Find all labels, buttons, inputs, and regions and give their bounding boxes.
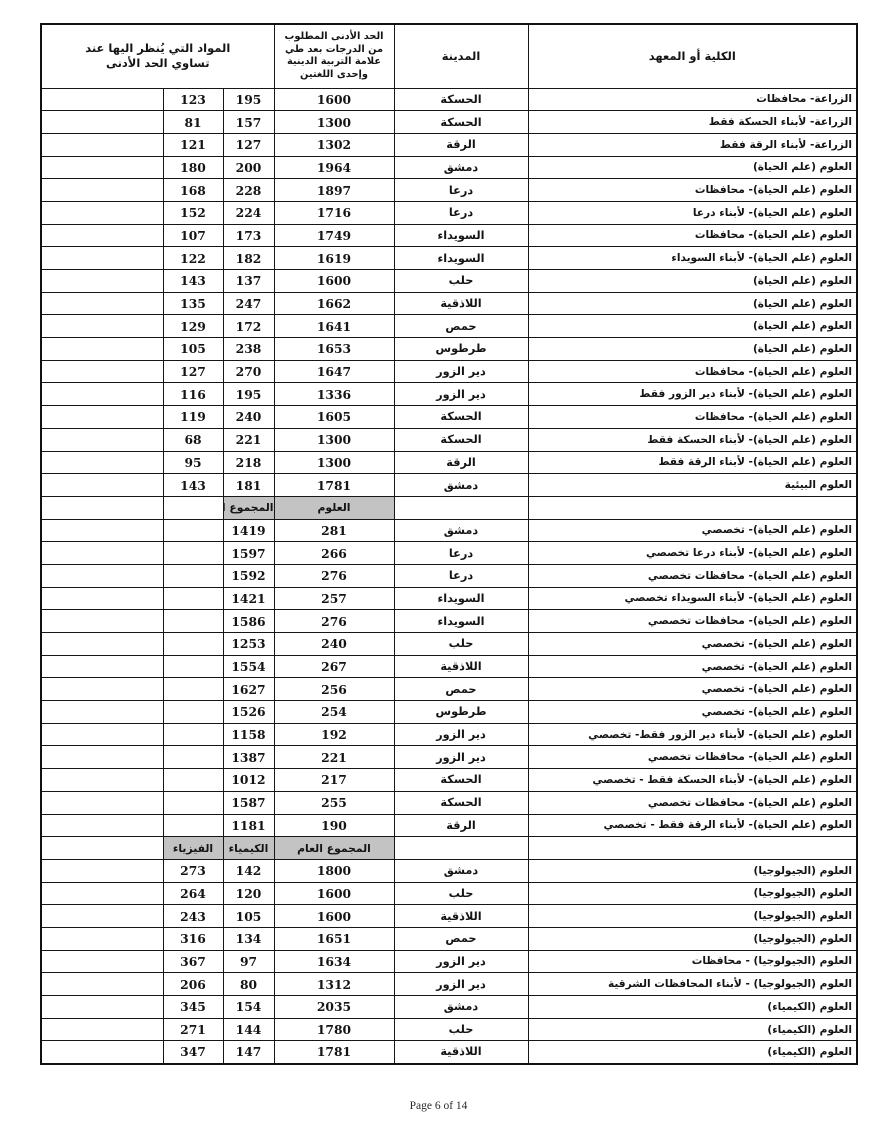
table-row: العلوم (علم الحياة)- محافظاتدير الزور164… (41, 360, 857, 383)
cell-empty (41, 678, 163, 701)
cell-score-mid: 1597 (223, 542, 274, 565)
cell-empty (41, 655, 163, 678)
cell-city: دير الزور (394, 723, 528, 746)
table-row: العلوم (علم الحياة)- تخصصياللاذقية267155… (41, 655, 857, 678)
cell-city: السويداء (394, 247, 528, 270)
cell-score-main: 1651 (274, 927, 394, 950)
cell-empty (41, 542, 163, 565)
cell-score-small (163, 791, 223, 814)
cell-empty (41, 224, 163, 247)
cell-score-main: 1619 (274, 247, 394, 270)
cell-score-main: 1781 (274, 1041, 394, 1064)
header-tie-subjects: المواد التي يُنظر اليها عند تساوي الحد ا… (41, 24, 274, 88)
cell-score-main: 254 (274, 701, 394, 724)
cell-empty (41, 451, 163, 474)
cell-city: طرطوس (394, 338, 528, 361)
cell-score-small: 95 (163, 451, 223, 474)
cell-score-small: 135 (163, 292, 223, 315)
cell-score-mid: 181 (223, 474, 274, 497)
document-page: الكلية أو المعهد المدينة الحد الأدنى الم… (0, 0, 877, 1134)
cell-empty (41, 837, 163, 860)
cell-city: درعا (394, 201, 528, 224)
cell-college: العلوم (علم الحياة)- لأبناء الحسكة فقط -… (528, 769, 857, 792)
cell-score-mid: 144 (223, 1018, 274, 1041)
cell-score-main: 1300 (274, 111, 394, 134)
cell-city: دمشق (394, 859, 528, 882)
cell-score-main: 1600 (274, 88, 394, 111)
cell-score-small: 180 (163, 156, 223, 179)
cell-city: الحسكة (394, 111, 528, 134)
cell-city: الحسكة (394, 769, 528, 792)
cell-score-main: 2035 (274, 996, 394, 1019)
cell-college: العلوم (علم الحياة)- تخصصي (528, 678, 857, 701)
cell-score-main: 266 (274, 542, 394, 565)
cell-city: الحسكة (394, 791, 528, 814)
cell-empty (41, 179, 163, 202)
cell-score-main: 190 (274, 814, 394, 837)
cell-empty (41, 564, 163, 587)
cell-score-mid: 1012 (223, 769, 274, 792)
cell-score-mid: 172 (223, 315, 274, 338)
page-number: Page 6 of 14 (0, 1100, 877, 1112)
table-row: العلوم (علم الحياة)- لأبناء درعادرعا1716… (41, 201, 857, 224)
table-row: العلوم (علم الحياة)- تخصصيطرطوس2541526 (41, 701, 857, 724)
cell-city: درعا (394, 564, 528, 587)
cell-score-mid: 238 (223, 338, 274, 361)
cell-empty (41, 859, 163, 882)
cell-college: العلوم (علم الحياة)- محافظات تخصصي (528, 791, 857, 814)
table-row: العلوم (علم الحياة)- لأبناء السويداءالسو… (41, 247, 857, 270)
cell-city: دير الزور (394, 746, 528, 769)
cell-score-small (163, 496, 223, 519)
cell-score-mid: 142 (223, 859, 274, 882)
cell-score-mid: 228 (223, 179, 274, 202)
cell-college: العلوم (علم الحياة)- محافظات تخصصي (528, 610, 857, 633)
cell-score-mid: 1158 (223, 723, 274, 746)
cell-college: العلوم (علم الحياة)- محافظات تخصصي (528, 564, 857, 587)
cell-score-mid: 270 (223, 360, 274, 383)
cell-college: الزراعة- لأبناء الرقة فقط (528, 133, 857, 156)
section-subheader-row: المجموع العامالكيمياءالفيزياء (41, 837, 857, 860)
cell-empty (41, 996, 163, 1019)
cell-college: العلوم (الكيمياء) (528, 1018, 857, 1041)
table-row: العلوم (علم الحياة)- تخصصيحمص2561627 (41, 678, 857, 701)
admission-scores-table: الكلية أو المعهد المدينة الحد الأدنى الم… (40, 23, 858, 1065)
table-row: العلوم (علم الحياة)- لأبناء الحسكة فقطال… (41, 428, 857, 451)
cell-score-main: 276 (274, 610, 394, 633)
cell-score-small: 273 (163, 859, 223, 882)
cell-empty (41, 315, 163, 338)
cell-college: العلوم (الجيولوجيا) - لأبناء المحافظات ا… (528, 973, 857, 996)
table-row: العلوم (علم الحياة)- تخصصيدمشق2811419 (41, 519, 857, 542)
cell-score-small: 271 (163, 1018, 223, 1041)
cell-score-mid: 1419 (223, 519, 274, 542)
table-row: الزراعة- لأبناء الرقة فقطالرقة1302127121 (41, 133, 857, 156)
cell-college: العلوم (علم الحياة)- محافظات (528, 360, 857, 383)
cell-score-main: 1800 (274, 859, 394, 882)
cell-city: اللاذقية (394, 655, 528, 678)
table-row: العلوم (علم الحياة)دمشق1964200180 (41, 156, 857, 179)
cell-score-small (163, 610, 223, 633)
cell-city: حلب (394, 882, 528, 905)
header-min-score: الحد الأدنى المطلوب من الدرجات بعد طي عل… (274, 24, 394, 88)
cell-score-mid: 105 (223, 905, 274, 928)
cell-city: طرطوس (394, 701, 528, 724)
cell-score-main: 1600 (274, 270, 394, 293)
cell-college: العلوم (علم الحياة)- لأبناء الرقة فقط - … (528, 814, 857, 837)
cell-city: دير الزور (394, 950, 528, 973)
cell-score-small (163, 655, 223, 678)
cell-empty (41, 496, 163, 519)
cell-score-mid: الكيمياء (223, 837, 274, 860)
cell-city (394, 837, 528, 860)
cell-empty (41, 338, 163, 361)
cell-empty (41, 383, 163, 406)
cell-score-small (163, 678, 223, 701)
cell-score-main: 267 (274, 655, 394, 678)
cell-score-mid: 1421 (223, 587, 274, 610)
cell-empty (41, 1041, 163, 1064)
cell-college: العلوم (علم الحياة)- تخصصي (528, 701, 857, 724)
table-row: العلوم (الجيولوجيا)دمشق1800142273 (41, 859, 857, 882)
cell-score-main: 1300 (274, 451, 394, 474)
cell-empty (41, 406, 163, 429)
cell-college: العلوم (علم الحياة)- لأبناء الرقة فقط (528, 451, 857, 474)
cell-score-mid: 240 (223, 406, 274, 429)
cell-score-small (163, 542, 223, 565)
cell-score-mid: 127 (223, 133, 274, 156)
cell-empty (41, 882, 163, 905)
cell-city: دير الزور (394, 973, 528, 996)
cell-empty (41, 111, 163, 134)
cell-score-mid: 1181 (223, 814, 274, 837)
cell-score-small: 127 (163, 360, 223, 383)
section-subheader-row: العلومالمجموع العام (41, 496, 857, 519)
cell-city: اللاذقية (394, 905, 528, 928)
table-row: العلوم (علم الحياة)- محافظات تخصصيالسويد… (41, 610, 857, 633)
cell-empty (41, 247, 163, 270)
cell-college: العلوم (علم الحياة)- محافظات تخصصي (528, 746, 857, 769)
cell-score-main: 1605 (274, 406, 394, 429)
table-row: العلوم (علم الحياة)- لأبناء دير الزور فق… (41, 723, 857, 746)
cell-score-main: المجموع العام (274, 837, 394, 860)
cell-score-mid: 224 (223, 201, 274, 224)
cell-city: دمشق (394, 996, 528, 1019)
cell-score-small: 119 (163, 406, 223, 429)
cell-empty (41, 201, 163, 224)
cell-city: دمشق (394, 519, 528, 542)
table-row: العلوم (الكيمياء)اللاذقية1781147347 (41, 1041, 857, 1064)
cell-score-main: 1653 (274, 338, 394, 361)
cell-score-small: الفيزياء (163, 837, 223, 860)
table-row: العلوم (علم الحياة)- تخصصيحلب2401253 (41, 633, 857, 656)
cell-score-small (163, 723, 223, 746)
cell-score-main: 1336 (274, 383, 394, 406)
cell-score-mid: 134 (223, 927, 274, 950)
cell-city: اللاذقية (394, 292, 528, 315)
cell-college: العلوم (علم الحياة)- تخصصي (528, 519, 857, 542)
cell-score-small: 316 (163, 927, 223, 950)
table-row: العلوم (الجيولوجيا) - محافظاتدير الزور16… (41, 950, 857, 973)
cell-score-main: 1662 (274, 292, 394, 315)
cell-score-small: 123 (163, 88, 223, 111)
cell-city: حمص (394, 927, 528, 950)
cell-college: العلوم (علم الحياة)- لأبناء السويداء تخص… (528, 587, 857, 610)
cell-empty (41, 428, 163, 451)
cell-score-main: 1300 (274, 428, 394, 451)
cell-score-main: العلوم (274, 496, 394, 519)
cell-score-small: 143 (163, 270, 223, 293)
cell-score-small (163, 746, 223, 769)
cell-city: الرقة (394, 133, 528, 156)
table-row: العلوم (علم الحياة)طرطوس1653238105 (41, 338, 857, 361)
cell-empty (41, 814, 163, 837)
cell-college: العلوم (علم الحياة)- لأبناء دير الزور فق… (528, 723, 857, 746)
cell-city: دير الزور (394, 383, 528, 406)
cell-score-mid: 1586 (223, 610, 274, 633)
cell-score-mid: 1253 (223, 633, 274, 656)
cell-college: العلوم (علم الحياة) (528, 338, 857, 361)
cell-score-main: 255 (274, 791, 394, 814)
cell-score-mid: 1592 (223, 564, 274, 587)
cell-score-mid: 154 (223, 996, 274, 1019)
cell-score-small: 367 (163, 950, 223, 973)
cell-score-main: 1716 (274, 201, 394, 224)
cell-city: حمص (394, 678, 528, 701)
cell-score-main: 1312 (274, 973, 394, 996)
cell-score-main: 1964 (274, 156, 394, 179)
cell-empty (41, 156, 163, 179)
table-row: العلوم (الكيمياء)حلب1780144271 (41, 1018, 857, 1041)
cell-empty (41, 927, 163, 950)
cell-score-small: 152 (163, 201, 223, 224)
cell-city: اللاذقية (394, 1041, 528, 1064)
cell-college: العلوم (الجيولوجيا) (528, 927, 857, 950)
table-row: العلوم (علم الحياة)- لأبناء الرقة فقط - … (41, 814, 857, 837)
cell-empty (41, 360, 163, 383)
cell-empty (41, 746, 163, 769)
cell-college: العلوم (علم الحياة)- لأبناء درعا (528, 201, 857, 224)
table-row: العلوم (علم الحياة)- محافظات تخصصيدير ال… (41, 746, 857, 769)
cell-score-small: 206 (163, 973, 223, 996)
cell-college (528, 837, 857, 860)
cell-college: العلوم (علم الحياة) (528, 270, 857, 293)
table-row: العلوم (علم الحياة)اللاذقية1662247135 (41, 292, 857, 315)
cell-city: دمشق (394, 474, 528, 497)
cell-score-mid: 218 (223, 451, 274, 474)
table-row: العلوم (علم الحياة)حمص1641172129 (41, 315, 857, 338)
cell-city: حمص (394, 315, 528, 338)
cell-college: الزراعة- لأبناء الحسكة فقط (528, 111, 857, 134)
cell-college: العلوم (علم الحياة)- لأبناء الحسكة فقط (528, 428, 857, 451)
cell-score-small: 107 (163, 224, 223, 247)
cell-score-small: 68 (163, 428, 223, 451)
table-row: العلوم (الجيولوجيا)اللاذقية1600105243 (41, 905, 857, 928)
cell-empty (41, 791, 163, 814)
cell-empty (41, 701, 163, 724)
cell-empty (41, 769, 163, 792)
table-row: العلوم (الجيولوجيا) - لأبناء المحافظات ا… (41, 973, 857, 996)
cell-empty (41, 270, 163, 293)
cell-city: السويداء (394, 587, 528, 610)
cell-score-main: 1641 (274, 315, 394, 338)
cell-score-mid: 80 (223, 973, 274, 996)
cell-city: درعا (394, 542, 528, 565)
cell-score-mid: 182 (223, 247, 274, 270)
table-body: الزراعة- محافظاتالحسكة1600195123الزراعة-… (41, 88, 857, 1064)
cell-score-main: 256 (274, 678, 394, 701)
table-row: العلوم (علم الحياة)- لأبناء الرقة فقطالر… (41, 451, 857, 474)
table-row: الزراعة- لأبناء الحسكة فقطالحسكة13001578… (41, 111, 857, 134)
cell-college: العلوم (علم الحياة) (528, 315, 857, 338)
table-row: العلوم البيئيةدمشق1781181143 (41, 474, 857, 497)
cell-college: العلوم (علم الحياة)- لأبناء دير الزور فق… (528, 383, 857, 406)
cell-score-mid: 1627 (223, 678, 274, 701)
cell-score-main: 257 (274, 587, 394, 610)
cell-city: الحسكة (394, 406, 528, 429)
cell-score-small: 121 (163, 133, 223, 156)
cell-score-mid: 200 (223, 156, 274, 179)
cell-score-mid: 195 (223, 383, 274, 406)
cell-college: العلوم (علم الحياة)- محافظات (528, 179, 857, 202)
cell-score-mid: 1587 (223, 791, 274, 814)
cell-score-mid: 221 (223, 428, 274, 451)
header-college: الكلية أو المعهد (528, 24, 857, 88)
table-row: العلوم (علم الحياة)- لأبناء السويداء تخص… (41, 587, 857, 610)
cell-score-main: 240 (274, 633, 394, 656)
cell-score-main: 1781 (274, 474, 394, 497)
cell-score-small (163, 769, 223, 792)
table-row: العلوم (علم الحياة)- محافظاتالسويداء1749… (41, 224, 857, 247)
cell-college: العلوم (علم الحياة) (528, 156, 857, 179)
cell-score-small: 129 (163, 315, 223, 338)
cell-score-small (163, 519, 223, 542)
cell-college: العلوم (الجيولوجيا) (528, 859, 857, 882)
cell-college: العلوم (الجيولوجيا) (528, 882, 857, 905)
cell-city: دمشق (394, 156, 528, 179)
cell-city: الرقة (394, 451, 528, 474)
cell-score-small: 345 (163, 996, 223, 1019)
cell-score-main: 1749 (274, 224, 394, 247)
cell-score-mid: 173 (223, 224, 274, 247)
table-row: العلوم (علم الحياة)- محافظات تخصصيدرعا27… (41, 564, 857, 587)
cell-college: العلوم (علم الحياة)- محافظات (528, 406, 857, 429)
cell-college: العلوم (علم الحياة)- تخصصي (528, 633, 857, 656)
cell-city: الحسكة (394, 428, 528, 451)
cell-score-small (163, 814, 223, 837)
cell-empty (41, 723, 163, 746)
cell-score-mid: 1526 (223, 701, 274, 724)
cell-college: العلوم (علم الحياة)- محافظات (528, 224, 857, 247)
cell-empty (41, 610, 163, 633)
cell-score-main: 217 (274, 769, 394, 792)
cell-city: السويداء (394, 610, 528, 633)
cell-score-mid: 1387 (223, 746, 274, 769)
cell-empty (41, 905, 163, 928)
cell-empty (41, 292, 163, 315)
cell-city: حلب (394, 1018, 528, 1041)
cell-empty (41, 474, 163, 497)
header-row: الكلية أو المعهد المدينة الحد الأدنى الم… (41, 24, 857, 88)
table-row: العلوم (علم الحياة)حلب1600137143 (41, 270, 857, 293)
header-city: المدينة (394, 24, 528, 88)
cell-college: العلوم (الجيولوجيا) (528, 905, 857, 928)
cell-city: السويداء (394, 224, 528, 247)
cell-college: العلوم (الكيمياء) (528, 1041, 857, 1064)
cell-empty (41, 633, 163, 656)
table-row: الزراعة- محافظاتالحسكة1600195123 (41, 88, 857, 111)
cell-empty (41, 973, 163, 996)
cell-score-mid: 120 (223, 882, 274, 905)
cell-score-small: 264 (163, 882, 223, 905)
cell-score-main: 1647 (274, 360, 394, 383)
cell-city (394, 496, 528, 519)
table-row: العلوم (علم الحياة)- محافظاتدرعا18972281… (41, 179, 857, 202)
cell-college: العلوم (الجيولوجيا) - محافظات (528, 950, 857, 973)
cell-empty (41, 950, 163, 973)
table-row: العلوم (الكيمياء)دمشق2035154345 (41, 996, 857, 1019)
cell-score-main: 1780 (274, 1018, 394, 1041)
cell-score-small: 116 (163, 383, 223, 406)
cell-score-mid: 1554 (223, 655, 274, 678)
cell-city: حلب (394, 270, 528, 293)
table-row: العلوم (علم الحياة)- محافظات تخصصيالحسكة… (41, 791, 857, 814)
cell-city: درعا (394, 179, 528, 202)
cell-score-main: 281 (274, 519, 394, 542)
cell-score-main: 1600 (274, 905, 394, 928)
cell-score-mid: 157 (223, 111, 274, 134)
cell-score-small: 143 (163, 474, 223, 497)
table-row: العلوم (الجيولوجيا)حلب1600120264 (41, 882, 857, 905)
cell-college (528, 496, 857, 519)
cell-college: العلوم (علم الحياة)- لأبناء السويداء (528, 247, 857, 270)
cell-college: العلوم (الكيمياء) (528, 996, 857, 1019)
cell-college: العلوم البيئية (528, 474, 857, 497)
cell-score-main: 221 (274, 746, 394, 769)
cell-score-small: 243 (163, 905, 223, 928)
cell-score-mid: 195 (223, 88, 274, 111)
table-row: العلوم (علم الحياة)- لأبناء الحسكة فقط -… (41, 769, 857, 792)
cell-empty (41, 587, 163, 610)
table-row: العلوم (علم الحياة)- محافظاتالحسكة160524… (41, 406, 857, 429)
cell-city: الحسكة (394, 88, 528, 111)
cell-college: العلوم (علم الحياة)- تخصصي (528, 655, 857, 678)
cell-empty (41, 133, 163, 156)
cell-score-small (163, 701, 223, 724)
cell-score-small: 168 (163, 179, 223, 202)
cell-college: العلوم (علم الحياة) (528, 292, 857, 315)
cell-score-small (163, 564, 223, 587)
cell-score-mid: 147 (223, 1041, 274, 1064)
cell-empty (41, 1018, 163, 1041)
cell-score-small: 81 (163, 111, 223, 134)
table-row: العلوم (علم الحياة)- لأبناء دير الزور فق… (41, 383, 857, 406)
cell-score-main: 1302 (274, 133, 394, 156)
cell-score-small (163, 587, 223, 610)
cell-city: حلب (394, 633, 528, 656)
cell-score-small: 122 (163, 247, 223, 270)
cell-score-small (163, 633, 223, 656)
cell-score-small: 105 (163, 338, 223, 361)
table-row: العلوم (علم الحياة)- لأبناء درعا تخصصيدر… (41, 542, 857, 565)
cell-college: العلوم (علم الحياة)- لأبناء درعا تخصصي (528, 542, 857, 565)
cell-score-mid: 137 (223, 270, 274, 293)
cell-score-small: 347 (163, 1041, 223, 1064)
cell-city: الرقة (394, 814, 528, 837)
cell-score-main: 1634 (274, 950, 394, 973)
cell-score-main: 1600 (274, 882, 394, 905)
table-row: العلوم (الجيولوجيا)حمص1651134316 (41, 927, 857, 950)
